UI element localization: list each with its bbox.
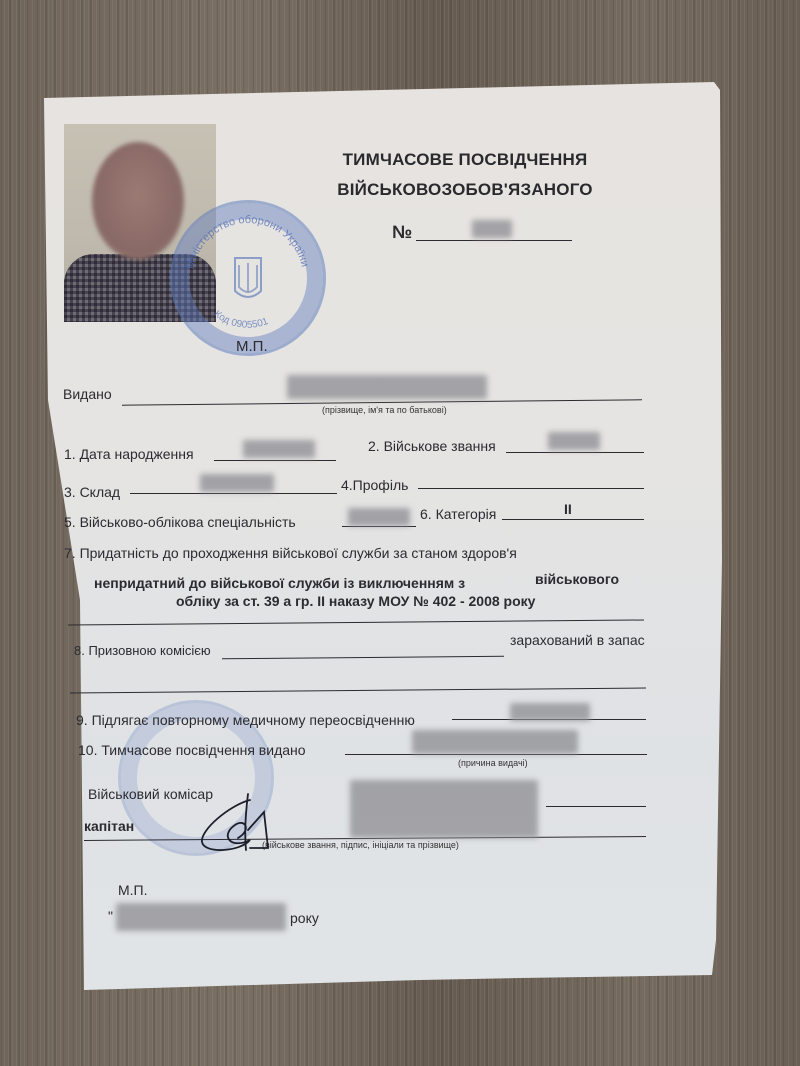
issued-reason-line	[345, 754, 647, 755]
birth-date-line	[214, 460, 336, 461]
redacted-issue-reason	[412, 730, 578, 754]
footer-quote: "	[108, 908, 113, 924]
issued-to-caption: (прізвище, ім'я та по батькові)	[322, 405, 447, 415]
redacted-face	[92, 142, 184, 260]
redacted-issue-date	[116, 903, 286, 931]
redacted-commissar-name	[350, 780, 538, 838]
rank-line	[506, 452, 644, 453]
profile-label: 4.Профіль	[341, 477, 408, 493]
redacted-composition	[200, 474, 274, 492]
commissar-line-upper	[546, 806, 646, 807]
fitness-label: 7. Придатність до проходження військової…	[64, 545, 517, 561]
number-line	[416, 240, 572, 241]
specialty-line	[342, 526, 416, 527]
fitness-value-line2: обліку за ст. 39 а гр. ІІ наказу МОУ № 4…	[176, 593, 535, 609]
redacted-rank	[548, 432, 600, 450]
commissar-rank: капітан	[84, 818, 134, 834]
redacted-birth-date	[243, 440, 315, 458]
category-value: II	[564, 501, 572, 517]
composition-label: 3. Склад	[64, 484, 120, 500]
redacted-number	[472, 220, 512, 238]
footer-year-suffix: року	[290, 910, 319, 926]
category-label: 6. Категорія	[420, 506, 496, 522]
specialty-label: 5. Військово-облікова спеціальність	[64, 514, 296, 530]
document-title: ТИМЧАСОВЕ ПОСВІДЧЕННЯ	[300, 150, 630, 170]
signature-icon	[190, 790, 300, 860]
issued-reason-caption: (причина видачі)	[458, 758, 528, 768]
official-stamp: Міністерство оборони України Код 0905501	[170, 200, 326, 356]
footer-seal-label: М.П.	[118, 882, 148, 898]
issued-to-label: Видано	[63, 386, 112, 402]
issued-reason-label: 10. Тимчасове посвідчення видано	[78, 742, 306, 758]
document-subtitle: ВІЙСЬКОВОЗОБОВ'ЯЗАНОГО	[300, 180, 630, 200]
fitness-value-line1: непридатний до військової служби із викл…	[94, 575, 465, 591]
redacted-reexam-date	[510, 703, 590, 721]
fitness-value-military: військового	[535, 571, 619, 587]
profile-line	[418, 488, 644, 489]
redacted-specialty	[348, 508, 410, 526]
category-line	[502, 519, 644, 520]
svg-text:Міністерство оборони України: Міністерство оборони України	[185, 214, 311, 270]
number-label: №	[392, 222, 412, 243]
reexam-label: 9. Підлягає повторному медичному переосв…	[76, 712, 415, 728]
stamp-emblem-icon: Міністерство оборони України Код 0905501	[173, 203, 323, 353]
rank-label: 2. Військове звання	[368, 438, 496, 454]
commission-label: 8. Призовною комісією	[74, 643, 211, 658]
seal-label: М.П.	[236, 338, 268, 355]
composition-line	[130, 493, 337, 494]
birth-date-label: 1. Дата народження	[64, 446, 194, 462]
commission-result: зарахований в запас	[510, 632, 645, 648]
redacted-full-name	[287, 375, 487, 399]
svg-text:Код 0905501: Код 0905501	[212, 309, 270, 331]
